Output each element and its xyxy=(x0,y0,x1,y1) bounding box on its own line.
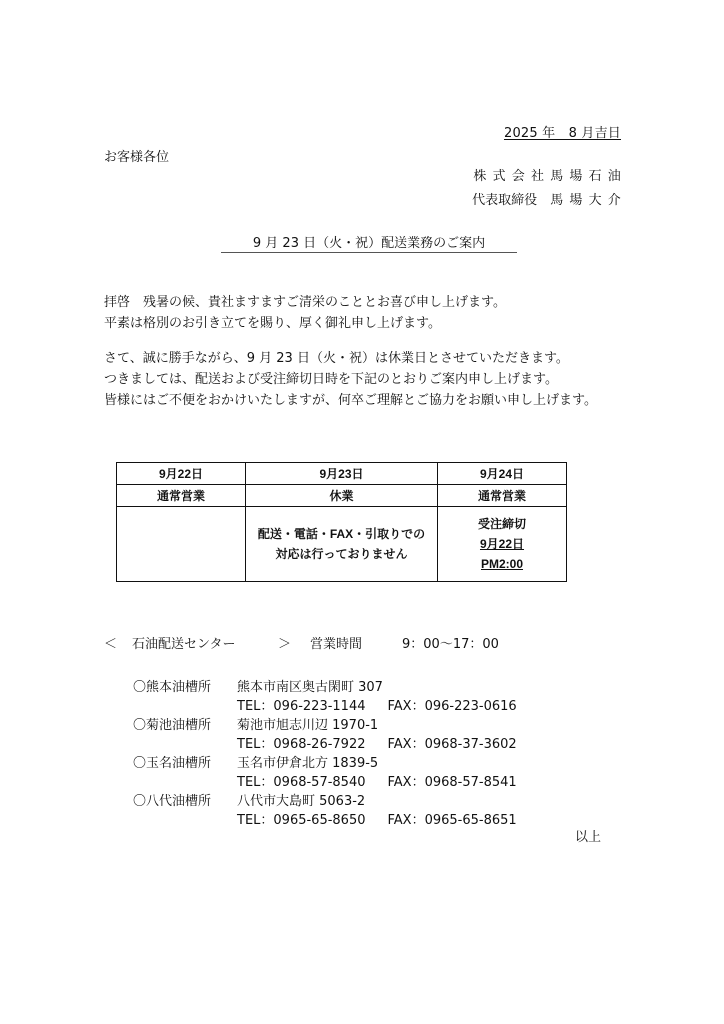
notice-line: つきましては、配送および受注締切日時を下記のとおりご案内申し上げます。 xyxy=(104,369,597,390)
date-cell: 9月22日 xyxy=(117,463,246,485)
depot-tel: TEL：0968-26-7922 xyxy=(237,737,366,752)
depot-fax: FAX：0968-57-8541 xyxy=(388,775,517,790)
note-cell-deadline: 受注締切 9月22日 PM2:00 xyxy=(438,507,567,582)
depot-name: 〇菊池油槽所 xyxy=(133,716,237,735)
table-row-notes: 配送・電話・FAX・引取りでの 対応は行っておりません 受注締切 9月22日 P… xyxy=(117,507,567,582)
depot-list: 〇熊本油槽所熊本市南区奥古閑町 307 TEL：096-223-1144FAX：… xyxy=(133,678,517,830)
depot-fax: FAX：0965-65-8651 xyxy=(388,813,517,828)
status-cell: 通常営業 xyxy=(438,485,567,507)
representative-title: 代表取締役 xyxy=(472,193,537,208)
status-cell: 休業 xyxy=(246,485,438,507)
status-cell: 通常営業 xyxy=(117,485,246,507)
depot-entry: 〇熊本油槽所熊本市南区奥古閑町 307 TEL：096-223-1144FAX：… xyxy=(133,678,517,716)
depot-address: 八代市大島町 5063-2 xyxy=(237,792,365,811)
deadline-time: PM2:00 xyxy=(438,554,566,574)
open-bracket: ＜ xyxy=(104,633,132,652)
greeting-line: 拝啓 残暑の候、貴社ますますご清栄のこととお喜び申し上げます。 xyxy=(104,292,597,313)
closing-remark: 以上 xyxy=(575,826,601,845)
depot-name: 〇八代油槽所 xyxy=(133,792,237,811)
depot-name: 〇玉名油槽所 xyxy=(133,754,237,773)
representative-name: 馬場大介 xyxy=(550,193,627,208)
schedule-table: 9月22日 9月23日 9月24日 通常営業 休業 通常営業 配送・電話・FAX… xyxy=(116,462,567,582)
deadline-label: 受注締切 xyxy=(438,514,566,534)
delivery-center-info: ＜石油配送センター＞営業時間9：00〜17：00 xyxy=(104,633,499,652)
notice-line: さて、誠に勝手ながら、9 月 23 日（火・祝）は休業日とさせていただきます。 xyxy=(104,348,597,369)
company-name: 株式会社馬場石油 xyxy=(473,165,627,184)
recipient: お客様各位 xyxy=(104,146,169,165)
document-date: 2025 年 8 月吉日 xyxy=(504,122,621,141)
hours-label: 営業時間 xyxy=(310,633,402,652)
closed-note-line: 配送・電話・FAX・引取りでの xyxy=(246,524,437,544)
closed-note-line: 対応は行っておりません xyxy=(246,544,437,564)
business-hours: 9：00〜17：00 xyxy=(402,633,499,652)
date-cell: 9月23日 xyxy=(246,463,438,485)
table-row-dates: 9月22日 9月23日 9月24日 xyxy=(117,463,567,485)
center-name: 石油配送センター xyxy=(132,633,278,652)
document-title: 9 月 23 日（火・祝）配送業務のご案内 xyxy=(221,232,517,253)
note-cell-empty xyxy=(117,507,246,582)
depot-tel: TEL：096-223-1144 xyxy=(237,699,366,714)
close-bracket: ＞ xyxy=(278,633,310,652)
notice-line: 皆様にはご不便をおかけいたしますが、何卒ご理解とご協力をお願い申し上げます。 xyxy=(104,390,597,411)
greeting-line: 平素は格別のお引き立てを賜り、厚く御礼申し上げます。 xyxy=(104,313,597,334)
deadline-date: 9月22日 xyxy=(438,534,566,554)
depot-fax: FAX：096-223-0616 xyxy=(388,699,517,714)
depot-tel: TEL：0968-57-8540 xyxy=(237,775,366,790)
depot-fax: FAX：0968-37-3602 xyxy=(388,737,517,752)
date-cell: 9月24日 xyxy=(438,463,567,485)
depot-address: 熊本市南区奥古閑町 307 xyxy=(237,678,383,697)
depot-entry: 〇菊池油槽所菊池市旭志川辺 1970-1 TEL：0968-26-7922FAX… xyxy=(133,716,517,754)
depot-address: 菊池市旭志川辺 1970-1 xyxy=(237,716,378,735)
body-text: 拝啓 残暑の候、貴社ますますご清栄のこととお喜び申し上げます。 平素は格別のお引… xyxy=(104,292,597,411)
note-cell-closed: 配送・電話・FAX・引取りでの 対応は行っておりません xyxy=(246,507,438,582)
depot-name: 〇熊本油槽所 xyxy=(133,678,237,697)
depot-entry: 〇八代油槽所八代市大島町 5063-2 TEL：0965-65-8650FAX：… xyxy=(133,792,517,830)
depot-address: 玉名市伊倉北方 1839-5 xyxy=(237,754,378,773)
table-row-status: 通常営業 休業 通常営業 xyxy=(117,485,567,507)
representative: 代表取締役 馬場大介 xyxy=(472,189,621,208)
depot-entry: 〇玉名油槽所玉名市伊倉北方 1839-5 TEL：0968-57-8540FAX… xyxy=(133,754,517,792)
depot-tel: TEL：0965-65-8650 xyxy=(237,813,366,828)
